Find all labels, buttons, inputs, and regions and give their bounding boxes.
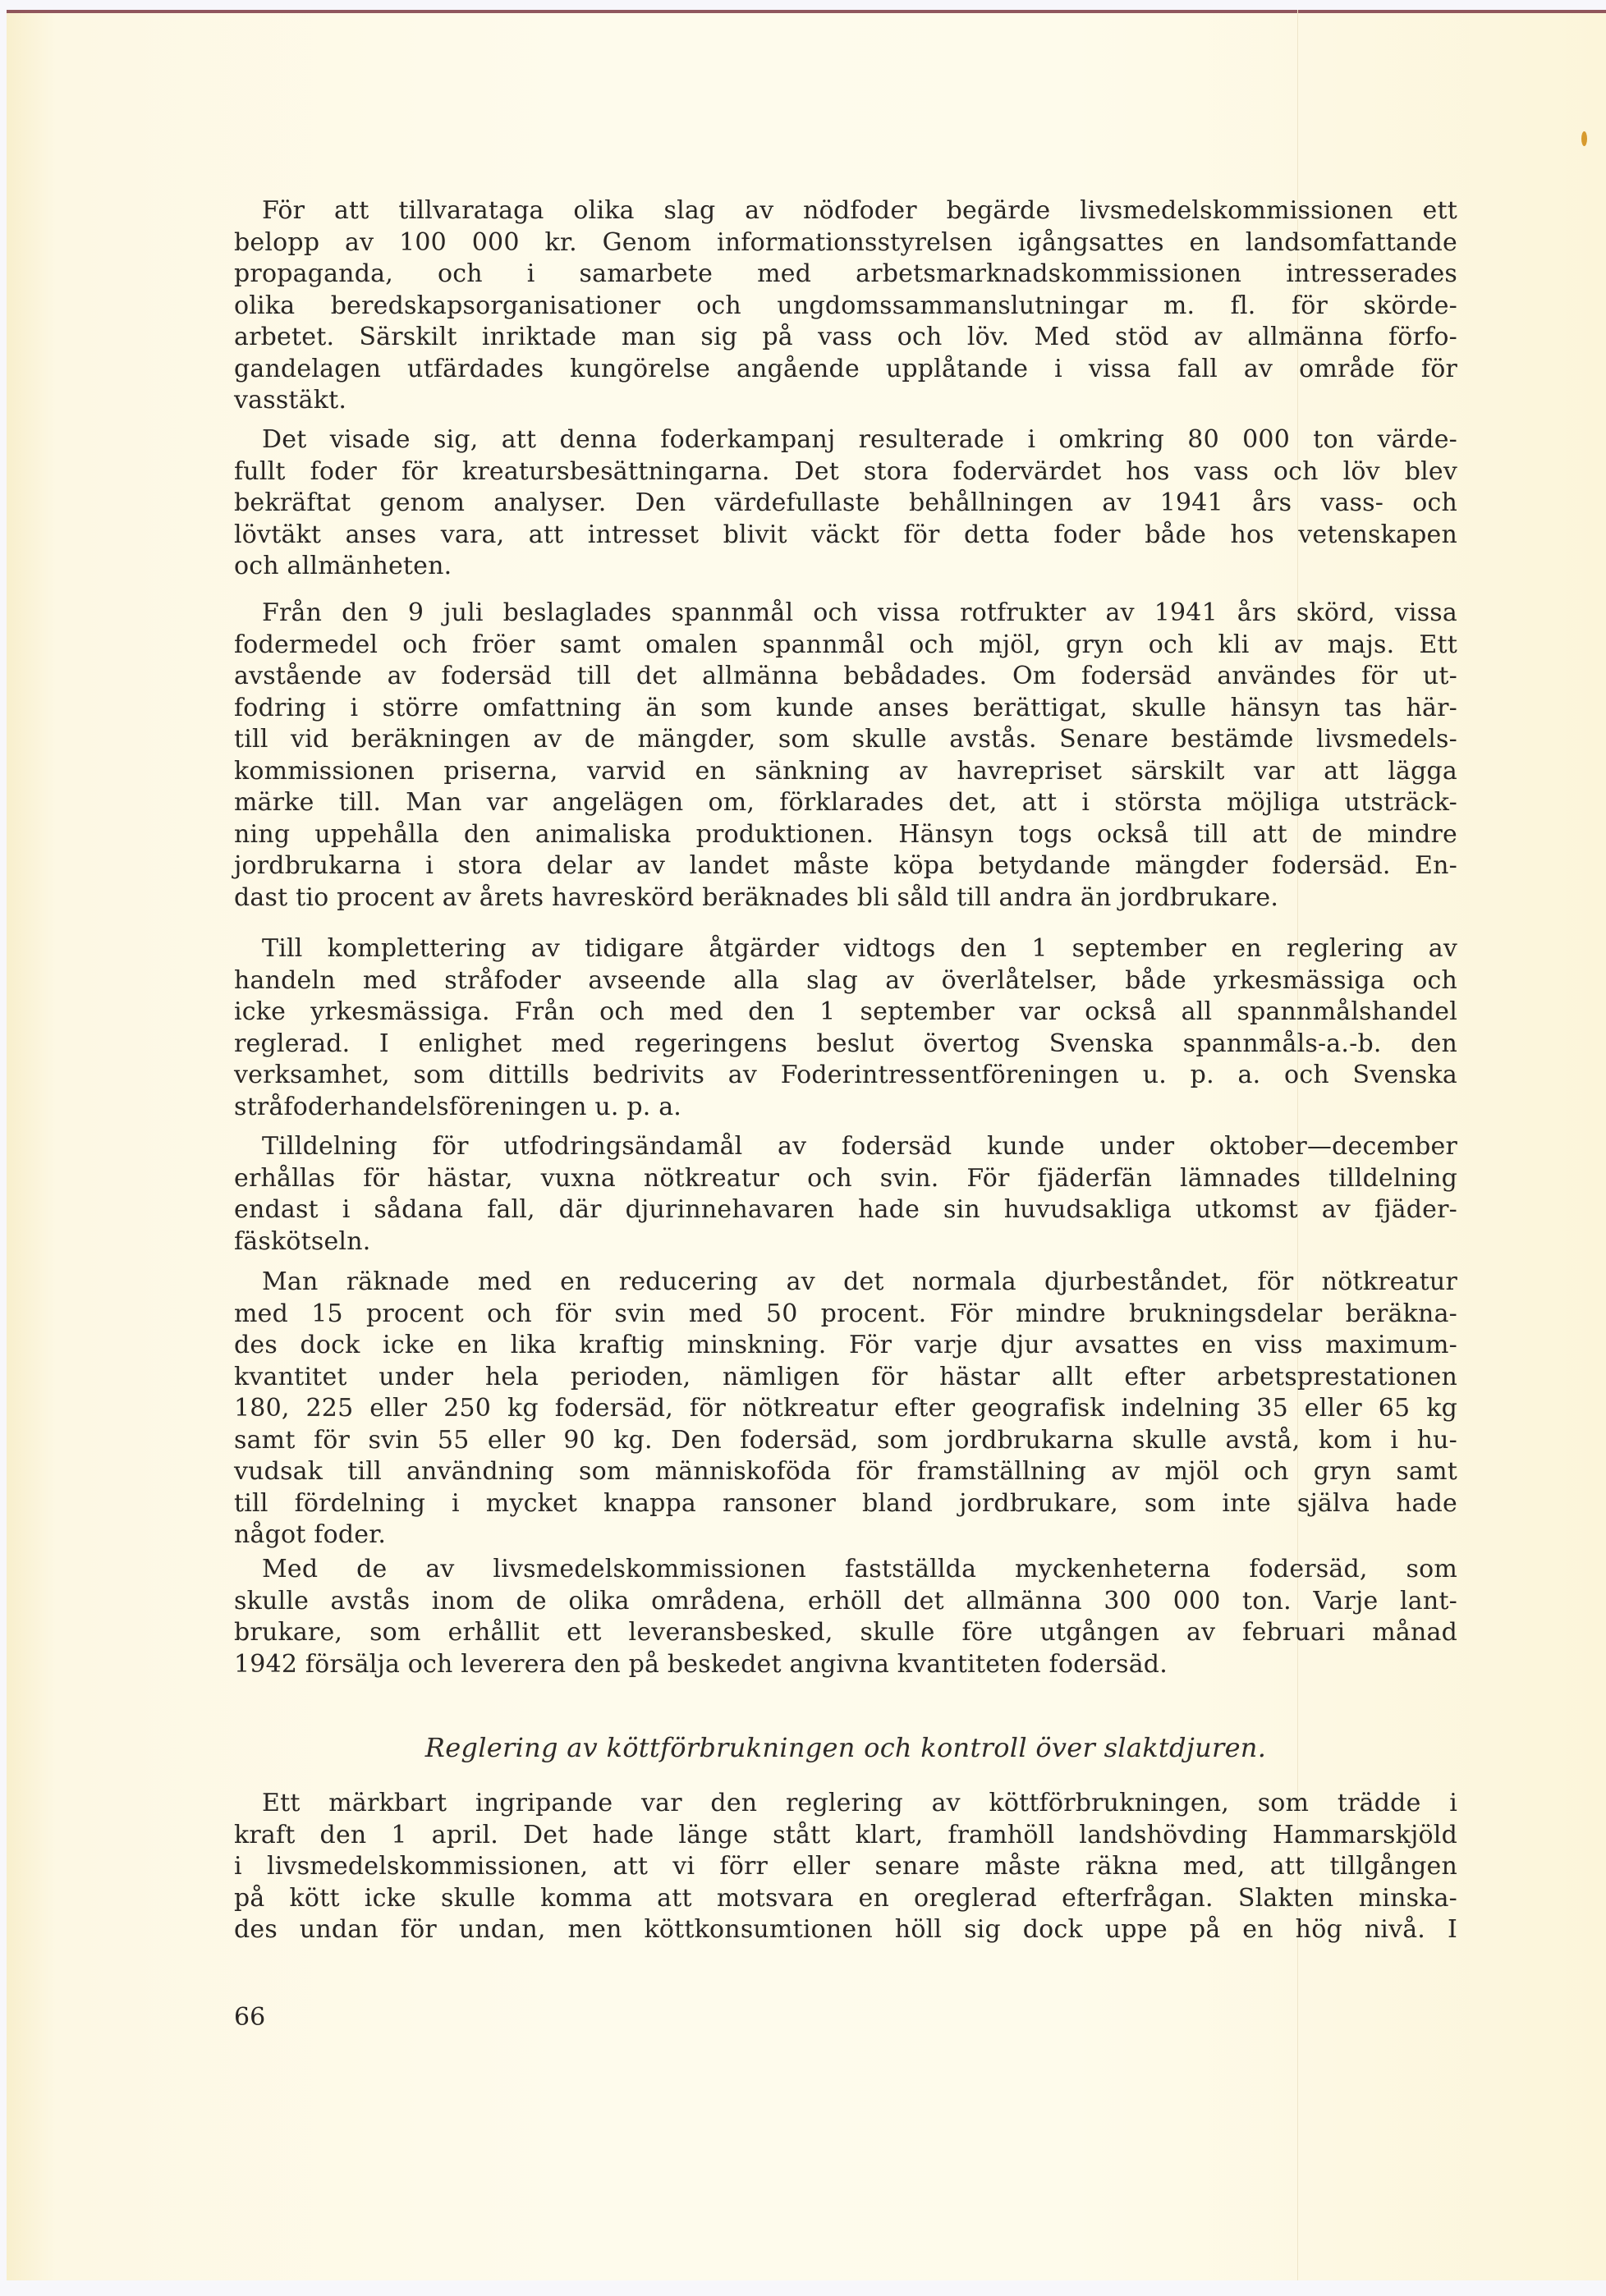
text-line: dast tio procent av årets havreskörd ber… xyxy=(234,882,1457,914)
text-line: vudsak till användning som människoföda … xyxy=(234,1456,1457,1488)
text-line: på kött icke skulle komma att motsvara e… xyxy=(234,1883,1457,1915)
section-heading: Reglering av köttförbrukningen och kontr… xyxy=(234,1732,1457,1763)
text-line: och allmänheten. xyxy=(234,551,1457,583)
text-line: belopp av 100 000 kr. Genom informations… xyxy=(234,227,1457,259)
text-line: jordbrukarna i stora delar av landet mås… xyxy=(234,850,1457,882)
text-line: des dock icke en lika kraftig minskning.… xyxy=(234,1330,1457,1362)
text-line: avstående av fodersäd till det allmänna … xyxy=(234,661,1457,693)
text-line: märke till. Man var angelägen om, förkla… xyxy=(234,787,1457,819)
text-line: Med de av livsmedelskommissionen faststä… xyxy=(234,1554,1457,1586)
text-line: stråfoderhandelsföreningen u. p. a. xyxy=(234,1092,1457,1124)
page-number: 66 xyxy=(234,2003,265,2032)
paragraph-6: Man räknade med en reducering av det nor… xyxy=(234,1267,1457,1551)
text-line: 180, 225 eller 250 kg fodersäd, för nötk… xyxy=(234,1393,1457,1425)
paper-stain xyxy=(1581,131,1587,146)
text-line: fäskötseln. xyxy=(234,1226,1457,1258)
text-line: olika beredskapsorganisationer och ungdo… xyxy=(234,291,1457,323)
text-line: skulle avstås inom de olika områdena, er… xyxy=(234,1586,1457,1618)
text-line: fullt foder för kreatursbesättningarna. … xyxy=(234,456,1457,488)
text-line: lövtäkt anses vara, att intresset blivit… xyxy=(234,520,1457,552)
paragraph-4: Till komplettering av tidigare åtgärder … xyxy=(234,933,1457,1123)
text-line: kraft den 1 april. Det hade länge stått … xyxy=(234,1820,1457,1852)
text-line: reglerad. I enlighet med regeringens bes… xyxy=(234,1029,1457,1061)
text-line: Från den 9 juli beslaglades spannmål och… xyxy=(234,598,1457,630)
text-line: gandelagen utfärdades kungörelse angåend… xyxy=(234,354,1457,386)
text-line: verksamhet, som dittills bedrivits av Fo… xyxy=(234,1060,1457,1092)
text-line: arbetet. Särskilt inriktade man sig på v… xyxy=(234,322,1457,354)
paragraph-2: Det visade sig, att denna foderkampanj r… xyxy=(234,424,1457,583)
text-line: des undan för undan, men köttkonsumtione… xyxy=(234,1914,1457,1946)
text-line: erhållas för hästar, vuxna nötkreatur oc… xyxy=(234,1163,1457,1195)
paragraph-1: För att tillvarataga olika slag av nödfo… xyxy=(234,195,1457,417)
text-line: Till komplettering av tidigare åtgärder … xyxy=(234,933,1457,965)
paragraph-7: Med de av livsmedelskommissionen faststä… xyxy=(234,1554,1457,1680)
text-line: till fördelning i mycket knappa ransoner… xyxy=(234,1488,1457,1520)
text-line: Tilldelning för utfodringsändamål av fod… xyxy=(234,1131,1457,1163)
text-line: endast i sådana fall, där djurinnehavare… xyxy=(234,1194,1457,1226)
text-line: samt för svin 55 eller 90 kg. Den foders… xyxy=(234,1425,1457,1457)
paragraph-5: Tilldelning för utfodringsändamål av fod… xyxy=(234,1131,1457,1258)
text-line: Man räknade med en reducering av det nor… xyxy=(234,1267,1457,1299)
text-line: 1942 försälja och leverera den på besked… xyxy=(234,1649,1457,1681)
text-line: brukare, som erhållit ett leveransbesked… xyxy=(234,1617,1457,1649)
text-line: För att tillvarataga olika slag av nödfo… xyxy=(234,195,1457,227)
text-line: kvantitet under hela perioden, nämligen … xyxy=(234,1362,1457,1394)
paragraph-3: Från den 9 juli beslaglades spannmål och… xyxy=(234,598,1457,914)
text-line: i livsmedelskommissionen, att vi förr el… xyxy=(234,1851,1457,1883)
text-line: något foder. xyxy=(234,1519,1457,1551)
text-line: Det visade sig, att denna foderkampanj r… xyxy=(234,424,1457,456)
text-line: kommissionen priserna, varvid en sänknin… xyxy=(234,756,1457,788)
page-top-edge xyxy=(7,10,1606,13)
text-line: bekräftat genom analyser. Den värdefulla… xyxy=(234,488,1457,520)
text-line: fodermedel och fröer samt omalen spannmå… xyxy=(234,630,1457,662)
text-line: Ett märkbart ingripande var den reglerin… xyxy=(234,1788,1457,1820)
text-line: fodring i större omfattning än som kunde… xyxy=(234,693,1457,725)
text-line: med 15 procent och för svin med 50 proce… xyxy=(234,1299,1457,1331)
text-line: icke yrkesmässiga. Från och med den 1 se… xyxy=(234,997,1457,1029)
text-line: propaganda, och i samarbete med arbetsma… xyxy=(234,259,1457,291)
text-line: till vid beräkningen av de mängder, som … xyxy=(234,724,1457,756)
text-line: handeln med stråfoder avseende alla slag… xyxy=(234,965,1457,997)
text-line: vasstäkt. xyxy=(234,385,1457,417)
section-paragraph-1: Ett märkbart ingripande var den reglerin… xyxy=(234,1788,1457,1946)
text-line: ning uppehålla den animaliska produktion… xyxy=(234,819,1457,851)
